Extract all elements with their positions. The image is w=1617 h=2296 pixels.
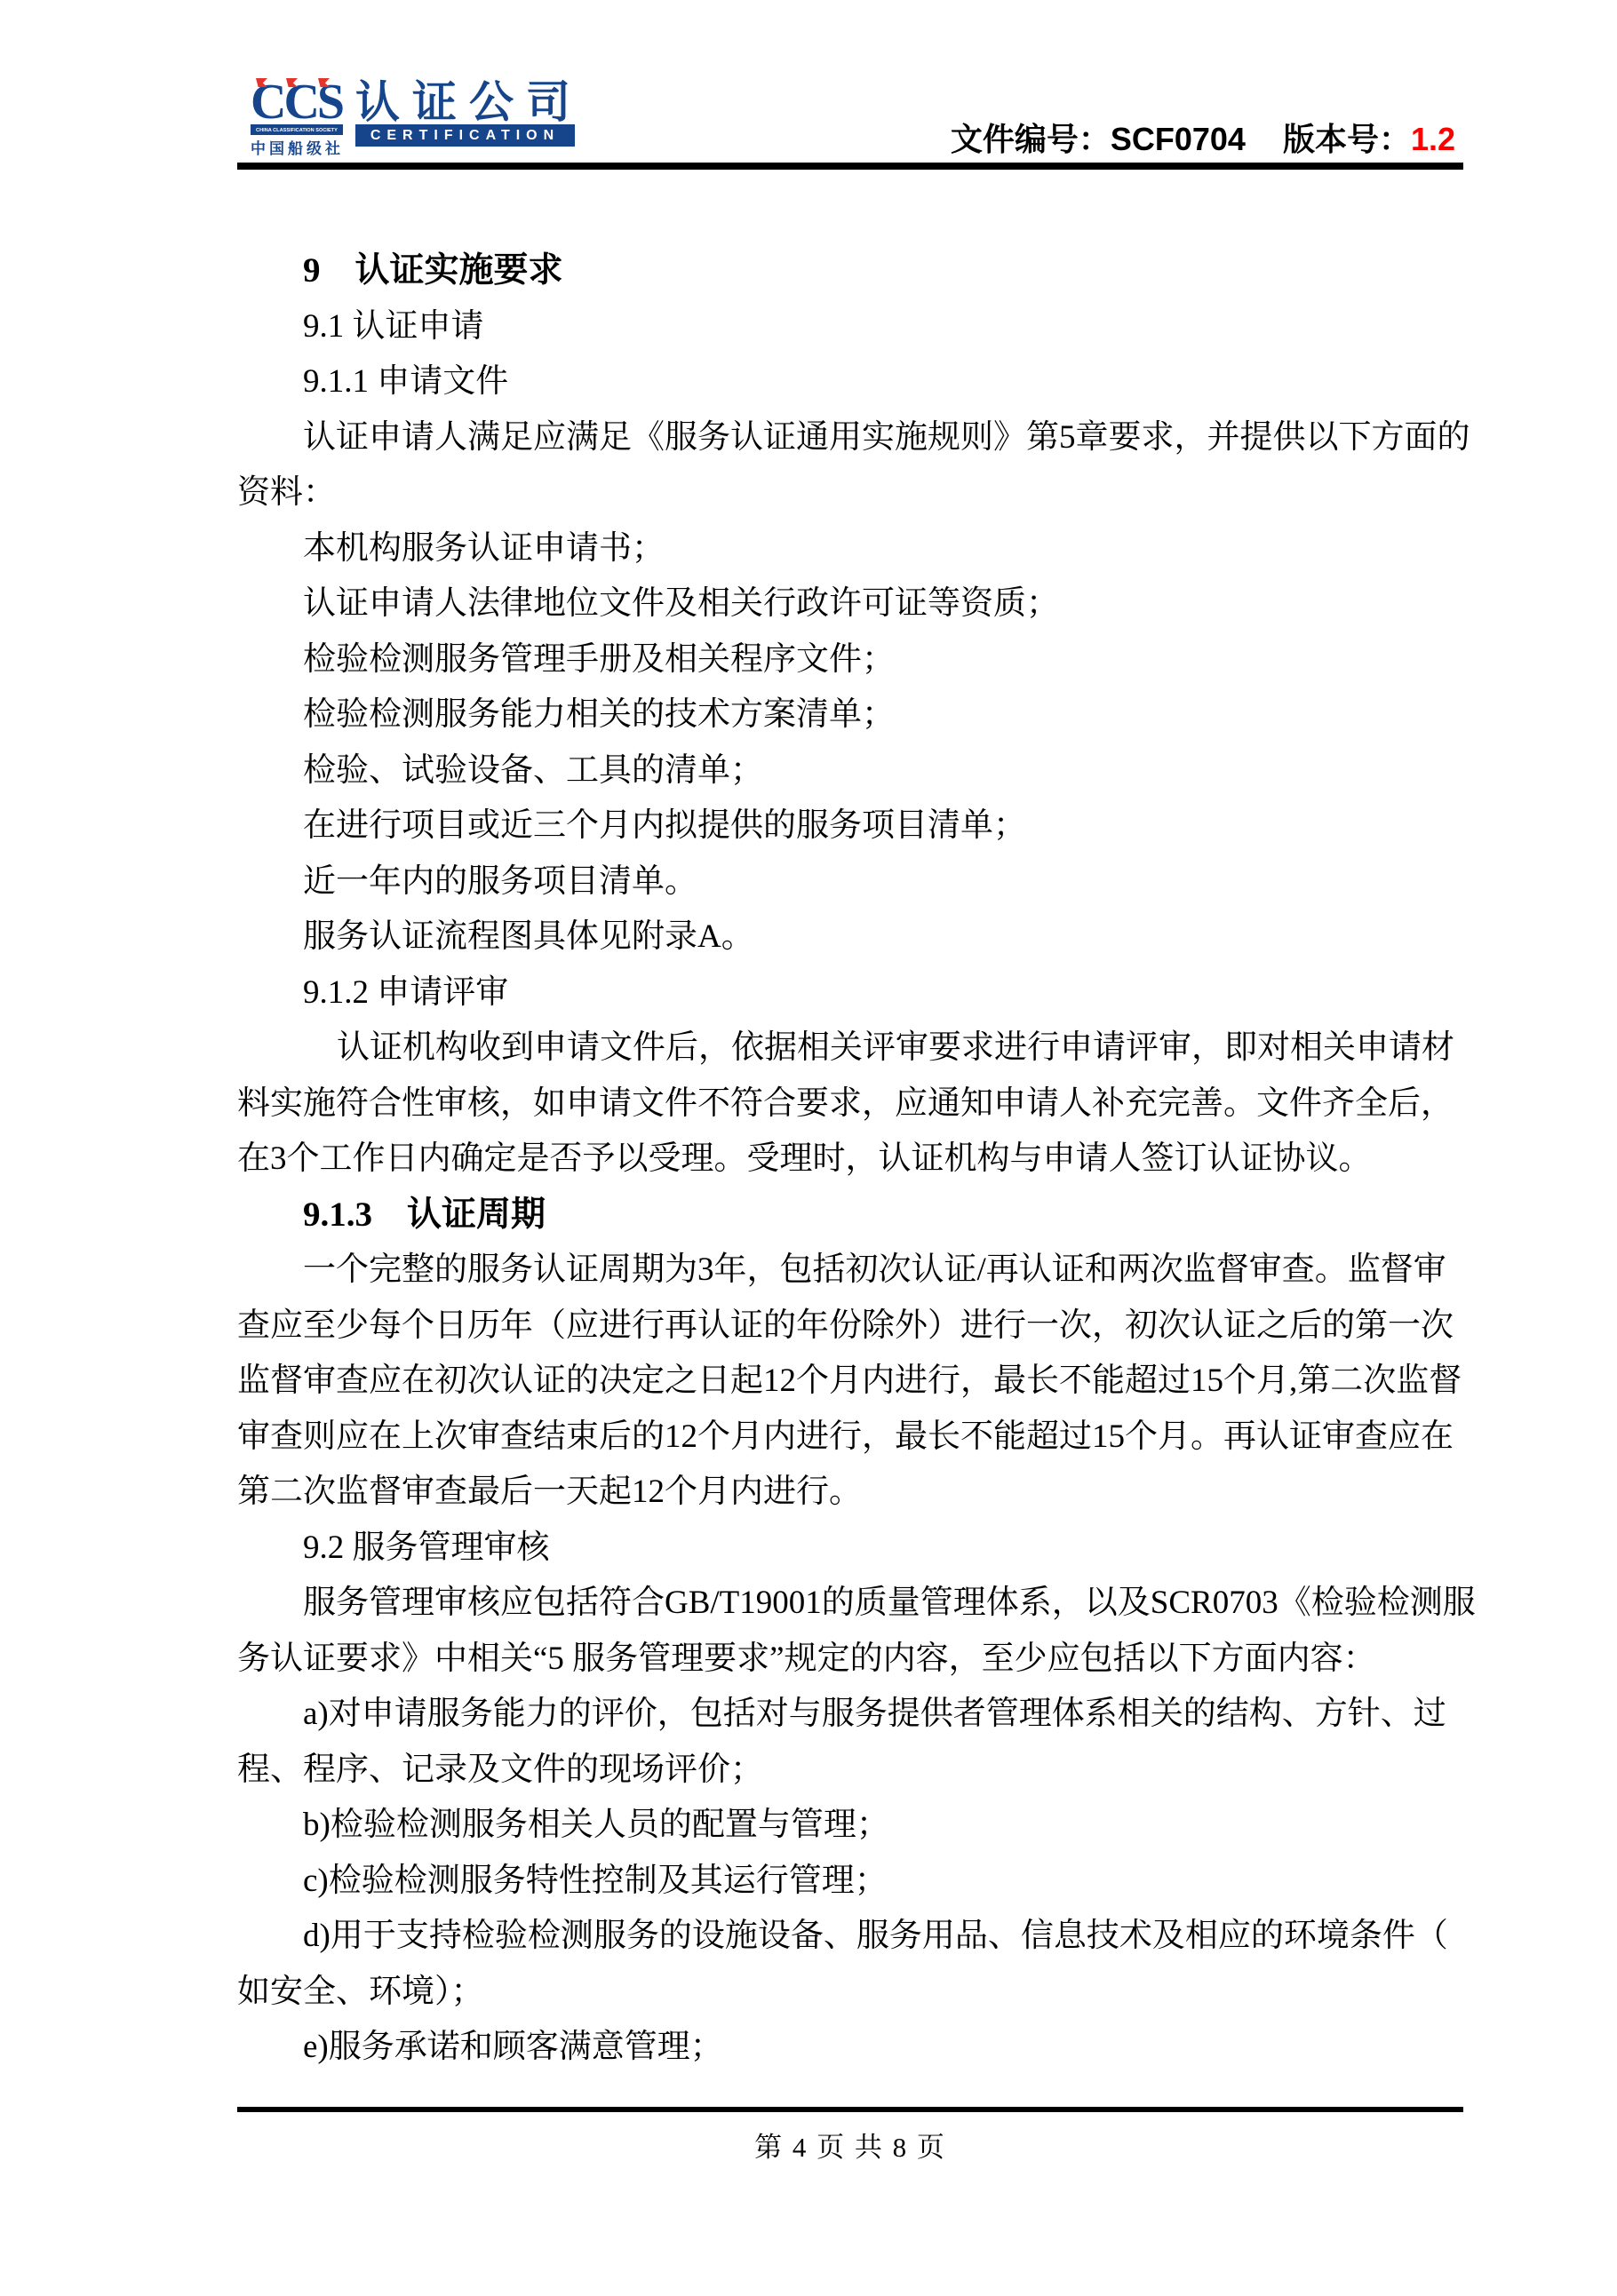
document-page: CCS CHINA CLASSIFICATION SOCIETY 中国船级社 认… — [0, 0, 1617, 2296]
list-item-b: b)检验检测服务相关人员的配置与管理； — [237, 1798, 1464, 1854]
list-item-d: d)用于支持检验检测服务的设施设备、服务用品、信息技术及相应的环境条件（ — [237, 1909, 1464, 1965]
ccs-letters-block: CCS — [251, 82, 343, 123]
ccs-logo-right: 认证公司 CERTIFICATION — [355, 82, 583, 147]
paragraph-line: 务认证要求》中相关“5 服务管理要求”规定的内容，至少应包括以下方面内容： — [237, 1632, 1464, 1688]
list-item-c: c)检验检测服务特性控制及其运行管理； — [237, 1854, 1464, 1910]
paragraph-line: 服务管理审核应包括符合GB/T19001的质量管理体系，以及SCR0703《检验… — [237, 1576, 1464, 1632]
ccs-logo-text: CCS — [251, 82, 343, 123]
ccs-logo-left: CCS CHINA CLASSIFICATION SOCIETY 中国船级社 — [251, 82, 343, 158]
paragraph-line: 认证机构收到申请文件后，依据相关评审要求进行申请评审，即对相关申请材 — [237, 1021, 1464, 1076]
list-item: 检验检测服务管理手册及相关程序文件； — [237, 632, 1464, 688]
paragraph-line: 资料： — [237, 465, 1464, 521]
version-value: 1.2 — [1411, 121, 1455, 157]
section-heading-9: 9 认证实施要求 — [237, 243, 1464, 299]
doc-number-value: SCF0704 — [1111, 121, 1246, 157]
certification-company-cn: 认证公司 — [355, 82, 583, 123]
doc-number-label: 文件编号： — [951, 121, 1111, 157]
section-heading-9-1: 9.1 认证申请 — [237, 299, 1464, 355]
footer-divider — [237, 2107, 1463, 2112]
ccs-english-name: CHINA CLASSIFICATION SOCIETY — [256, 127, 338, 132]
version-label: 版本号： — [1283, 121, 1411, 157]
header-divider — [237, 163, 1463, 170]
list-item: 检验检测服务能力相关的技术方案清单； — [237, 687, 1464, 743]
paragraph-line: 监督审查应在初次认证的决定之日起12个月内进行，最长不能超过15个月,第二次监督 — [237, 1354, 1464, 1410]
certification-banner: CERTIFICATION — [355, 124, 575, 147]
paragraph-line: 查应至少每个日历年（应进行再认证的年份除外）进行一次，初次认证之后的第一次 — [237, 1299, 1464, 1355]
paragraph-line: 服务认证流程图具体见附录A。 — [237, 910, 1464, 965]
section-heading-9-2: 9.2 服务管理审核 — [237, 1521, 1464, 1577]
document-meta: 文件编号：SCF0704版本号：1.2 — [951, 115, 1455, 160]
ccs-chinese-name: 中国船级社 — [251, 136, 343, 158]
section-heading-9-1-2: 9.1.2 申请评审 — [237, 965, 1464, 1021]
list-item-a: a)对申请服务能力的评价，包括对与服务提供者管理体系相关的结构、方针、过 — [237, 1687, 1464, 1743]
list-item: 认证申请人法律地位文件及相关行政许可证等资质； — [237, 576, 1464, 632]
list-item: 在进行项目或近三个月内拟提供的服务项目清单； — [237, 798, 1464, 854]
paragraph-line: 一个完整的服务认证周期为3年，包括初次认证/再认证和两次监督审查。监督审 — [237, 1243, 1464, 1299]
paragraph-line: 认证申请人满足应满足《服务认证通用实施规则》第5章要求，并提供以下方面的 — [237, 410, 1464, 466]
list-item: 近一年内的服务项目清单。 — [237, 854, 1464, 910]
section-heading-9-1-3: 9.1.3 认证周期 — [237, 1188, 1464, 1243]
section-heading-9-1-1: 9.1.1 申请文件 — [237, 354, 1464, 410]
paragraph-line: 如安全、环境）； — [237, 1965, 1464, 2021]
list-item: 本机构服务认证申请书； — [237, 521, 1464, 577]
paragraph-line: 料实施符合性审核，如申请文件不符合要求，应通知申请人补充完善。文件齐全后， — [237, 1076, 1464, 1132]
ccs-logo: CCS CHINA CLASSIFICATION SOCIETY 中国船级社 认… — [251, 82, 583, 158]
paragraph-line: 程、程序、记录及文件的现场评价； — [237, 1743, 1464, 1799]
paragraph-line: 第二次监督审查最后一天起12个月内进行。 — [237, 1465, 1464, 1521]
paragraph-line: 在3个工作日内确定是否予以受理。受理时，认证机构与申请人签订认证协议。 — [237, 1132, 1464, 1188]
list-item: 检验、试验设备、工具的清单； — [237, 743, 1464, 799]
list-item-e: e)服务承诺和顾客满意管理； — [237, 2020, 1464, 2076]
page-number: 第 4 页 共 8 页 — [237, 2125, 1463, 2165]
document-body: 9 认证实施要求 9.1 认证申请 9.1.1 申请文件 认证申请人满足应满足《… — [237, 243, 1464, 2076]
paragraph-line: 审查则应在上次审查结束后的12个月内进行，最长不能超过15个月。再认证审查应在 — [237, 1410, 1464, 1466]
